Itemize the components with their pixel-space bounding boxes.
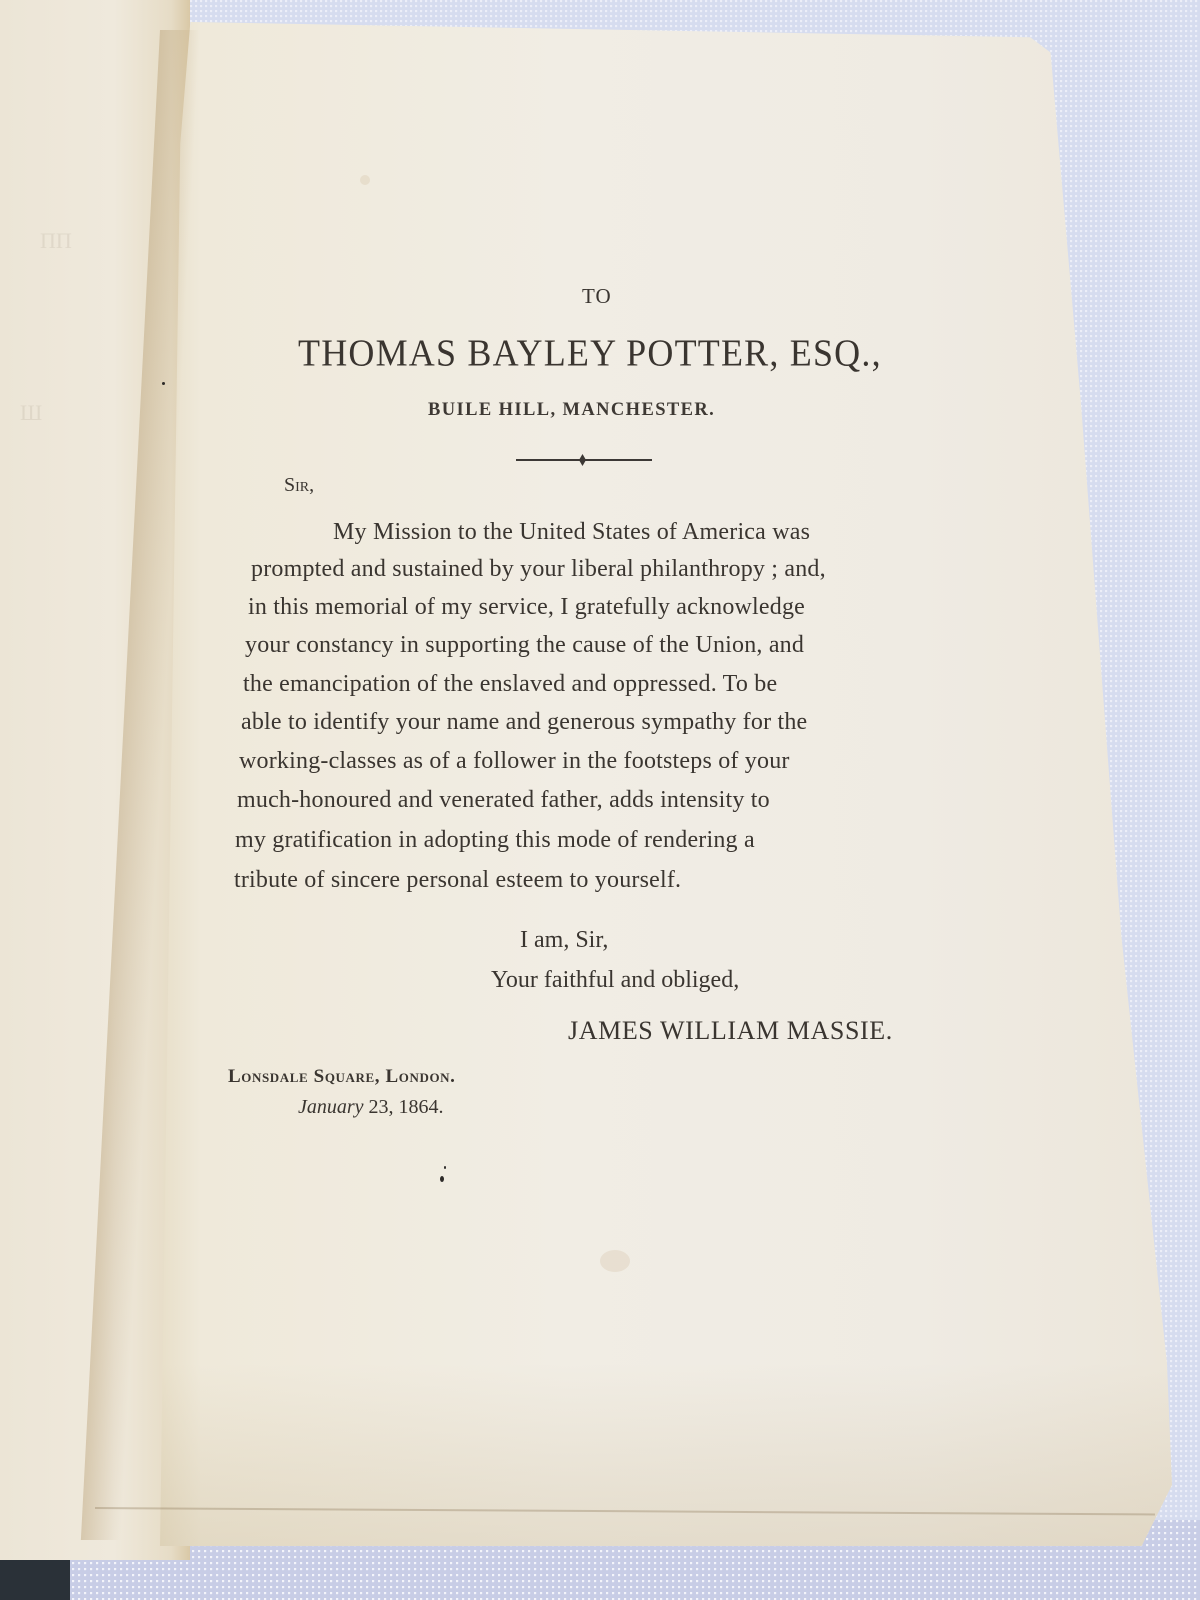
paper-stain — [600, 1250, 630, 1272]
signature: JAMES WILLIAM MASSIE. — [568, 1016, 893, 1046]
body-line: My Mission to the United States of Ameri… — [333, 519, 810, 546]
body-line: in this memorial of my service, I gratef… — [248, 594, 805, 621]
body-line: your constancy in supporting the cause o… — [245, 632, 804, 659]
body-line: much-honoured and venerated father, adds… — [237, 787, 770, 814]
dedication-page — [160, 22, 1172, 1546]
ink-spot — [444, 1166, 446, 1169]
dedication-to: TO — [582, 284, 612, 309]
ink-spot — [440, 1176, 444, 1182]
paper-stain — [360, 175, 370, 185]
dedication-recipient: THOMAS BAYLEY POTTER, ESQ., — [298, 331, 882, 375]
body-line: my gratification in adopting this mode o… — [235, 827, 755, 854]
body-line: able to identify your name and generous … — [241, 709, 807, 736]
body-line: tribute of sincere personal esteem to yo… — [234, 867, 681, 894]
date-rest: 23, 1864. — [364, 1096, 444, 1118]
closing-line: I am, Sir, — [520, 927, 608, 954]
salutation: Sir, — [284, 474, 314, 497]
body-line: prompted and sustained by your liberal p… — [251, 556, 826, 583]
closing-line: Your faithful and obliged, — [491, 967, 739, 994]
show-through-text: ПП — [40, 228, 72, 254]
date-line: January 23, 1864. — [298, 1096, 444, 1119]
show-through-text: Ш — [20, 400, 42, 426]
body-line: working-classes as of a follower in the … — [239, 748, 790, 775]
dedication-address: BUILE HILL, MANCHESTER. — [428, 400, 715, 421]
date-month: January — [298, 1096, 364, 1118]
place-line: Lonsdale Square, London. — [228, 1066, 456, 1088]
ornamental-rule — [516, 459, 652, 461]
body-line: the emancipation of the enslaved and opp… — [243, 671, 777, 698]
ink-spot — [162, 382, 165, 385]
